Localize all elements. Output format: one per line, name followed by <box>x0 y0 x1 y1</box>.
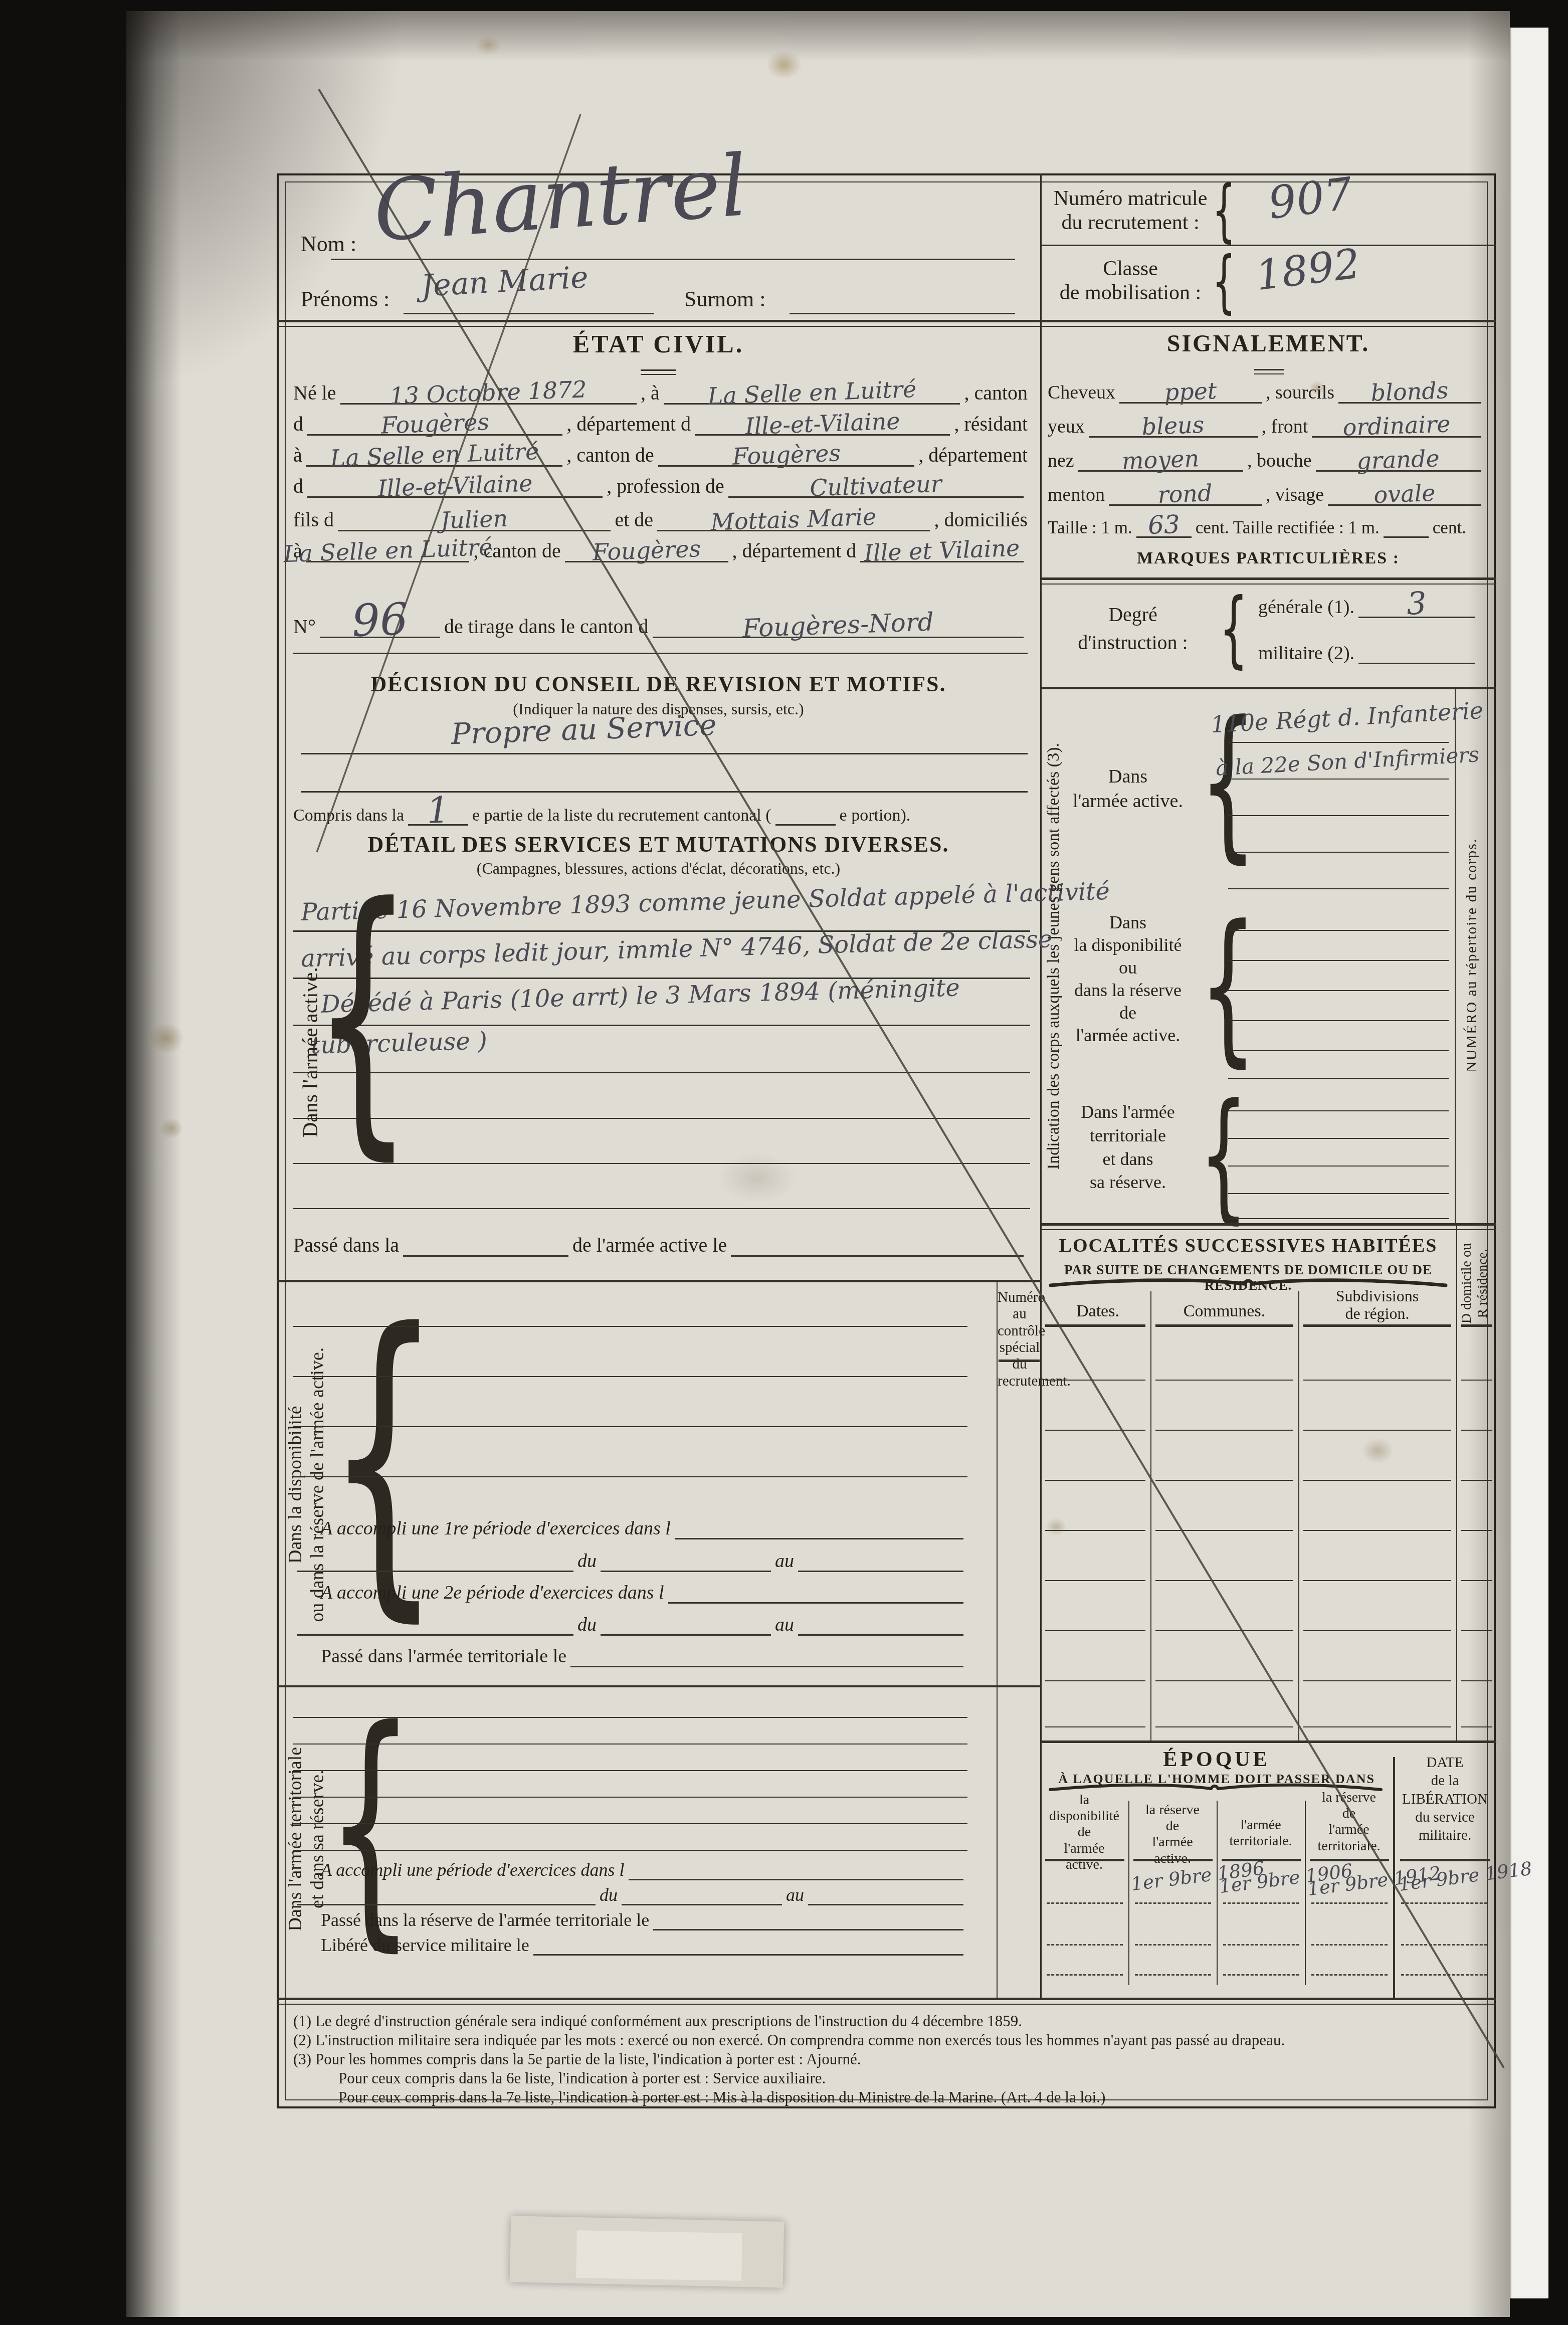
dashed-rule <box>1401 1902 1487 1904</box>
footnote-2: (2) L'instruction militaire sera indiqué… <box>293 2031 1481 2049</box>
rule <box>1461 1726 1492 1727</box>
rule <box>1155 1380 1293 1381</box>
classe-label: Classe de mobilisation : <box>1048 257 1213 305</box>
rule <box>1461 1630 1492 1631</box>
col-communes-header: Communes. <box>1153 1301 1296 1321</box>
profession-de-label: , profession de <box>607 476 724 498</box>
profession-value: Cultivateur <box>810 470 942 501</box>
rule <box>1228 1110 1449 1111</box>
table-divider <box>1150 1291 1151 1740</box>
rule <box>1228 888 1449 889</box>
rule <box>1461 1680 1492 1681</box>
table-divider <box>1456 1224 1457 1740</box>
rule <box>1303 1430 1451 1431</box>
periode3-au-field <box>808 1887 963 1905</box>
rule <box>1228 1078 1449 1079</box>
au-label-2: au <box>775 1615 794 1636</box>
rule <box>1303 1630 1451 1631</box>
bouche-value: grande <box>1356 445 1440 475</box>
numero-label: N° <box>293 617 316 638</box>
etat-civil-line-4: d Ille-et-Vilaine , profession de Cultiv… <box>293 475 1028 498</box>
nez-value: moyen <box>1121 445 1200 474</box>
periode2-field <box>668 1584 963 1604</box>
rule <box>1228 990 1449 991</box>
page-edge-strip <box>1510 28 1548 2298</box>
etat-civil-line-5: fils d Julien et de Mottais Marie , domi… <box>293 509 1028 531</box>
nez-label: nez <box>1048 451 1074 472</box>
rule <box>1155 1324 1293 1327</box>
rule <box>1228 1050 1449 1051</box>
father-field: Julien <box>338 509 611 531</box>
birth-departement-field: Ille-et-Vilaine <box>695 413 950 436</box>
epoque-col2-header: la réserve de l'armée active. <box>1132 1802 1213 1867</box>
etat-civil-line-3: à La Selle en Luitré , canton de Fougère… <box>293 444 1028 467</box>
birth-place-field: La Selle en Luitré <box>664 382 960 405</box>
periode1-unit-field <box>297 1553 573 1572</box>
canton-de-label: , canton de <box>566 445 654 467</box>
au-label-1: au <box>775 1552 794 1572</box>
yeux-field: bleus <box>1089 416 1258 438</box>
rule <box>1045 1580 1145 1581</box>
passe-label-1: Passé dans la <box>293 1235 399 1257</box>
au-label-3: au <box>786 1886 804 1905</box>
dashed-rule <box>1401 1974 1487 1976</box>
rule <box>1254 373 1284 374</box>
rule <box>1228 852 1449 853</box>
periode3-unit-field <box>297 1887 596 1905</box>
father-value: Julien <box>440 505 508 534</box>
signalement-title: SIGNALEMENT. <box>1040 330 1496 357</box>
rule <box>331 259 1015 260</box>
periode1-line: A accompli une 1re période d'exercices d… <box>321 1519 967 1539</box>
rule <box>1155 1726 1293 1727</box>
periode3-field <box>629 1862 963 1880</box>
periode3-dates-line: du au <box>293 1886 967 1905</box>
periode3-line: A accompli une période d'exercices dans … <box>321 1861 967 1880</box>
rule <box>1303 1324 1451 1327</box>
du-label-3: du <box>600 1886 618 1905</box>
du-label-1: du <box>577 1552 597 1572</box>
rule <box>293 1823 967 1824</box>
taille-field: 63 <box>1136 517 1192 538</box>
portion-field <box>775 805 836 826</box>
periode3-label: A accompli une période d'exercices dans … <box>321 1861 625 1880</box>
menton-field: rond <box>1109 484 1262 506</box>
rule <box>293 1208 1030 1209</box>
matricule-value: 907 <box>1265 168 1355 229</box>
epoque-col3-header: l'armée territoriale. <box>1220 1817 1301 1849</box>
signalement-row-1: Cheveux ppet , sourcils blonds <box>1048 382 1485 404</box>
residence-departement-value: Ille-et-Vilaine <box>377 470 533 502</box>
register-page-scan: Chantrel Nom : Prénoms : Jean Marie Surn… <box>0 0 1568 2325</box>
numero-repertoire-label: NUMÉRO au répertoire du corps. <box>1463 815 1481 1095</box>
dashed-rule <box>1223 1944 1299 1946</box>
taille-rectifiee-label: cent. Taille rectifiée : 1 m. <box>1196 519 1380 538</box>
rule <box>301 753 1028 754</box>
libere-line: Libéré du service militaire le <box>321 1936 967 1956</box>
periode2-du-field <box>601 1616 771 1636</box>
rule <box>1155 1530 1293 1531</box>
rule <box>1461 1430 1492 1431</box>
birth-canton-value: Fougères <box>380 408 490 439</box>
passe-armee-active-line: Passé dans la de l'armée active le <box>293 1234 1028 1257</box>
rule <box>1303 1680 1451 1681</box>
footnote-1: (1) Le degré d'instruction générale sera… <box>293 2012 1481 2030</box>
rule <box>1045 1324 1145 1327</box>
departement-label: , département <box>918 445 1028 467</box>
footnote-4: Pour ceux compris dans la 6e liste, l'in… <box>338 2069 1481 2087</box>
rule <box>1228 960 1449 961</box>
brace: { <box>1212 248 1236 315</box>
dashed-rule <box>1401 1944 1487 1946</box>
passe-label-2: de l'armée active le <box>572 1235 727 1257</box>
localites-title: LOCALITÉS SUCCESSIVES HABITÉES <box>1040 1235 1456 1257</box>
rule <box>1303 1380 1451 1381</box>
rule <box>641 369 676 371</box>
rule <box>293 1850 967 1851</box>
periode2-dates-line: du au <box>293 1615 967 1636</box>
cheveux-value: ppet <box>1164 377 1217 406</box>
cheveux-label: Cheveux <box>1048 383 1115 404</box>
tirage-number-field: 96 <box>320 616 440 638</box>
rule <box>1303 1530 1451 1531</box>
menton-label: menton <box>1048 485 1105 506</box>
dashed-rule <box>1223 1902 1299 1904</box>
passe-territoriale-line: Passé dans l'armée territoriale le <box>321 1647 967 1667</box>
domicile-canton-field: Fougères <box>565 540 728 562</box>
brace: { <box>312 870 414 1160</box>
corps-disponibilite-label: Dans la disponibilité ou dans la réserve… <box>1068 911 1188 1047</box>
departement-d-label: , département d <box>566 414 691 436</box>
rule <box>277 1998 1496 2000</box>
a2-label: à <box>293 445 302 467</box>
passe-territoriale-field <box>570 1648 963 1667</box>
birth-date-field: 13 Octobre 1872 <box>340 382 637 405</box>
periode2-line: A accompli une 2e période d'exercices da… <box>321 1583 967 1604</box>
canton-label: , canton <box>964 383 1028 405</box>
signalement-row-4: menton rond , visage ovale <box>1048 484 1485 506</box>
passe-reserve-territoriale-label: Passé dans la réserve de l'armée territo… <box>321 1911 649 1930</box>
front-value: ordinaire <box>1342 410 1451 441</box>
rule <box>1045 1859 1124 1861</box>
epoque-col4-header: la réserve de l'armée territoriale. <box>1308 1790 1390 1854</box>
rule <box>1228 742 1449 743</box>
rule <box>293 1376 967 1377</box>
compris-num-value: 1 <box>426 789 451 832</box>
rule <box>1040 1229 1496 1230</box>
compris-label-3: e portion). <box>840 807 911 826</box>
rule <box>1045 1680 1145 1681</box>
rule <box>1461 1324 1492 1327</box>
taille-label: Taille : 1 m. <box>1048 519 1132 538</box>
cent-label: cent. <box>1433 519 1466 538</box>
numero-controle-header: Numéro au contrôle spécial du recrutemen… <box>998 1289 1042 1390</box>
rule <box>1228 815 1449 816</box>
bouche-label: , bouche <box>1247 451 1312 472</box>
etat-civil-line-2: d Fougères , département d Ille-et-Vilai… <box>293 413 1028 436</box>
liberation-date-header: DATE de la LIBÉRATION du service militai… <box>1399 1754 1491 1844</box>
footnote-5: Pour ceux compris dans la 7e liste, l'in… <box>338 2088 1481 2106</box>
birth-canton-field: Fougères <box>307 413 562 436</box>
rule <box>1155 1430 1293 1431</box>
corps-territoriale-label: Dans l'armée territoriale et dans sa rés… <box>1068 1100 1188 1194</box>
periode2-label: A accompli une 2e période d'exercices da… <box>321 1583 664 1604</box>
rule <box>1461 1580 1492 1581</box>
departement-d2-label: , département d <box>732 541 857 562</box>
brace: { <box>326 1291 442 1622</box>
rule <box>1040 687 1496 689</box>
decision-title: DÉCISION DU CONSEIL DE REVISION ET MOTIF… <box>277 672 1040 697</box>
ne-le-label: Né le <box>293 383 336 405</box>
rule <box>1228 1020 1449 1021</box>
instruction-label: Degré d'instruction : <box>1058 601 1208 657</box>
tape-patch-inner <box>576 2230 742 2281</box>
domicile-field: La Selle en Luitré <box>306 540 470 562</box>
menton-value: rond <box>1157 479 1213 508</box>
corps-armee-active-label: Dans l'armée active. <box>1068 764 1188 814</box>
rule <box>1228 930 1449 931</box>
tirage-canton-value: Fougères-Nord <box>742 607 934 643</box>
domicile-departement-field: Ille et Vilaine <box>860 540 1024 562</box>
brace: { <box>1199 1085 1248 1226</box>
passe-reserve-territoriale-line: Passé dans la réserve de l'armée territo… <box>321 1911 967 1930</box>
periode1-dates-line: du au <box>293 1552 967 1572</box>
tirage-line: N° 96 de tirage dans le canton d Fougère… <box>293 616 1028 638</box>
periode2-unit-field <box>297 1616 573 1636</box>
dashed-rule <box>1047 1944 1123 1946</box>
rule <box>1228 1218 1449 1219</box>
compris-label-2: e partie de la liste du recrutement cant… <box>472 807 771 826</box>
rule <box>1045 1726 1145 1727</box>
compris-num-field: 1 <box>408 805 468 826</box>
residence-departement-field: Ille-et-Vilaine <box>307 475 603 498</box>
domicile-departement-value: Ille et Vilaine <box>864 534 1020 567</box>
rule <box>1040 577 1496 580</box>
dashed-rule <box>1135 1974 1211 1976</box>
rule <box>1155 1580 1293 1581</box>
tirage-texte: de tirage dans le canton d <box>444 617 649 638</box>
surnom-label: Surnom : <box>684 287 766 312</box>
taille-rectifiee-field <box>1384 517 1429 538</box>
dashed-rule <box>1311 1974 1388 1976</box>
repertoire-column-divider <box>1455 689 1456 1223</box>
rule <box>1303 1580 1451 1581</box>
visage-value: ovale <box>1373 479 1436 508</box>
table-divider <box>1217 1801 1218 1985</box>
profession-field: Cultivateur <box>728 475 1024 498</box>
rule <box>641 374 676 375</box>
dashed-rule <box>1311 1944 1388 1946</box>
sourcils-label: , sourcils <box>1266 383 1334 404</box>
table-divider <box>1305 1801 1306 1985</box>
col-dates-header: Dates. <box>1045 1301 1150 1321</box>
dashed-rule <box>1047 1974 1123 1976</box>
brace: { <box>1212 176 1236 244</box>
et-de-label: et de <box>615 510 653 531</box>
rule <box>1303 1480 1451 1481</box>
passe-field-2 <box>731 1234 1024 1257</box>
rule <box>1155 1630 1293 1631</box>
compris-line: Compris dans la 1 e partie de la liste d… <box>293 805 1028 826</box>
compris-label-1: Compris dans la <box>293 807 404 826</box>
taille-value: 63 <box>1147 510 1181 540</box>
rule <box>1228 1138 1449 1139</box>
instruction-generale-line: générale (1). 3 <box>1258 598 1479 618</box>
rule <box>277 326 1496 327</box>
table-divider <box>1298 1291 1299 1740</box>
rule <box>1461 1530 1492 1531</box>
rule <box>1040 1223 1496 1226</box>
domicile-canton-value: Fougères <box>592 535 701 566</box>
residence-canton-field: Fougères <box>658 444 915 467</box>
periode1-du-field <box>601 1553 771 1572</box>
dashed-rule <box>1223 1974 1299 1976</box>
cheveux-field: ppet <box>1119 382 1262 404</box>
rule <box>1303 1726 1451 1727</box>
signalement-row-3: nez moyen , bouche grande <box>1048 450 1485 472</box>
rule <box>1228 1193 1449 1194</box>
rule <box>1045 1480 1145 1481</box>
footnote-3: (3) Pour les hommes compris dans la 5e p… <box>293 2050 1481 2068</box>
libere-label: Libéré du service militaire le <box>321 1936 529 1956</box>
rule <box>293 1476 967 1477</box>
residence-field: La Selle en Luitré <box>306 444 563 467</box>
nez-field: moyen <box>1078 450 1243 472</box>
etat-civil-line-6: à La Selle en Luitré , canton de Fougère… <box>293 540 1028 562</box>
periode1-field <box>675 1520 963 1539</box>
rule <box>293 1717 967 1718</box>
rule <box>1228 779 1449 780</box>
rule <box>1155 1680 1293 1681</box>
rule <box>1040 245 1496 246</box>
rule <box>1254 369 1284 370</box>
rule <box>790 313 1015 314</box>
rule <box>1461 1380 1492 1381</box>
rule <box>293 1797 967 1798</box>
mother-field: Mottais Marie <box>657 509 930 531</box>
rule <box>293 1426 967 1427</box>
du-label-2: du <box>577 1615 597 1636</box>
passe-reserve-territoriale-field <box>653 1912 963 1930</box>
sourcils-value: blonds <box>1370 376 1449 406</box>
mother-value: Mottais Marie <box>710 503 877 536</box>
col-subdivisions-header: Subdivisions de région. <box>1301 1287 1454 1322</box>
front-label: , front <box>1262 417 1308 438</box>
passe-field-1 <box>403 1234 568 1257</box>
signalement-row-2: yeux bleus , front ordinaire <box>1048 416 1485 438</box>
bouche-field: grande <box>1316 450 1481 472</box>
generale-value: 3 <box>1406 585 1427 622</box>
brace: { <box>1219 588 1248 670</box>
passe-territoriale-label: Passé dans l'armée territoriale le <box>321 1647 566 1667</box>
militaire-field <box>1358 644 1475 664</box>
rule <box>999 1360 1040 1362</box>
generale-label: générale (1). <box>1258 598 1354 618</box>
rule <box>1133 1859 1213 1861</box>
residant-label: , résidant <box>954 414 1028 436</box>
residence-canton-value: Fougères <box>732 439 841 470</box>
rule <box>1155 1480 1293 1481</box>
rule <box>404 313 654 314</box>
rule <box>293 1770 967 1771</box>
rule <box>301 791 1028 793</box>
rule <box>1040 584 1496 585</box>
column-divider <box>1040 173 1042 1999</box>
epoque-title: ÉPOQUE <box>1040 1748 1393 1772</box>
rule <box>1045 1630 1145 1631</box>
d2-label: d <box>293 476 303 498</box>
front-field: ordinaire <box>1312 416 1481 438</box>
rule <box>1400 1859 1490 1861</box>
generale-field: 3 <box>1358 598 1475 618</box>
col-domicile-residence-header: D domicile ou R résidence. <box>1459 1206 1491 1361</box>
etat-civil-title: ÉTAT CIVIL. <box>277 330 1040 359</box>
instruction-militaire-line: militaire (2). <box>1258 644 1479 664</box>
rule <box>277 320 1496 322</box>
visage-field: ovale <box>1328 484 1481 506</box>
indication-corps-label: Indication des corps auxquels les jeunes… <box>1044 703 1063 1210</box>
rule <box>293 1743 967 1745</box>
rule <box>1228 1166 1449 1167</box>
rule <box>1461 1480 1492 1481</box>
rule <box>293 1326 967 1327</box>
militaire-label: militaire (2). <box>1258 644 1354 664</box>
dashed-rule <box>1311 1902 1388 1904</box>
rule <box>1040 1740 1496 1743</box>
nom-label: Nom : <box>301 232 356 257</box>
fils-d-label: fils d <box>293 510 334 531</box>
prenoms-label: Prénoms : <box>301 287 389 312</box>
table-divider <box>1128 1801 1129 1985</box>
rule <box>293 653 1028 654</box>
brace: { <box>1199 903 1257 1069</box>
rule <box>1045 1430 1145 1431</box>
dashed-rule <box>1135 1902 1211 1904</box>
rule <box>277 2004 1496 2005</box>
rule <box>1045 1380 1145 1381</box>
visage-label: , visage <box>1266 485 1324 506</box>
yeux-label: yeux <box>1048 417 1085 438</box>
domicilies-label: , domiciliés <box>934 510 1028 531</box>
d-label: d <box>293 414 303 436</box>
matricule-label: Numéro matricule du recrutement : <box>1048 186 1213 235</box>
signalement-row-5: Taille : 1 m. 63 cent. Taille rectifiée … <box>1048 517 1485 538</box>
tirage-number-value: 96 <box>351 593 409 647</box>
rule <box>1045 1530 1145 1531</box>
libere-field <box>533 1937 963 1956</box>
rule <box>277 1685 1040 1687</box>
etat-civil-line-1: Né le 13 Octobre 1872 , à La Selle en Lu… <box>293 382 1028 405</box>
marques-label: MARQUES PARTICULIÈRES : <box>1040 548 1496 568</box>
dashed-rule <box>1047 1902 1123 1904</box>
a-label: , à <box>641 383 660 405</box>
periode2-au-field <box>798 1616 963 1636</box>
birth-departement-value: Ille-et-Vilaine <box>744 408 900 440</box>
dashed-rule <box>1135 1944 1211 1946</box>
sourcils-field: blonds <box>1338 382 1481 404</box>
tirage-canton-field: Fougères-Nord <box>653 616 1024 638</box>
yeux-value: bleus <box>1141 411 1205 440</box>
periode3-du-field <box>622 1887 782 1905</box>
periode1-au-field <box>798 1553 963 1572</box>
periode1-label: A accompli une 1re période d'exercices d… <box>321 1519 671 1539</box>
